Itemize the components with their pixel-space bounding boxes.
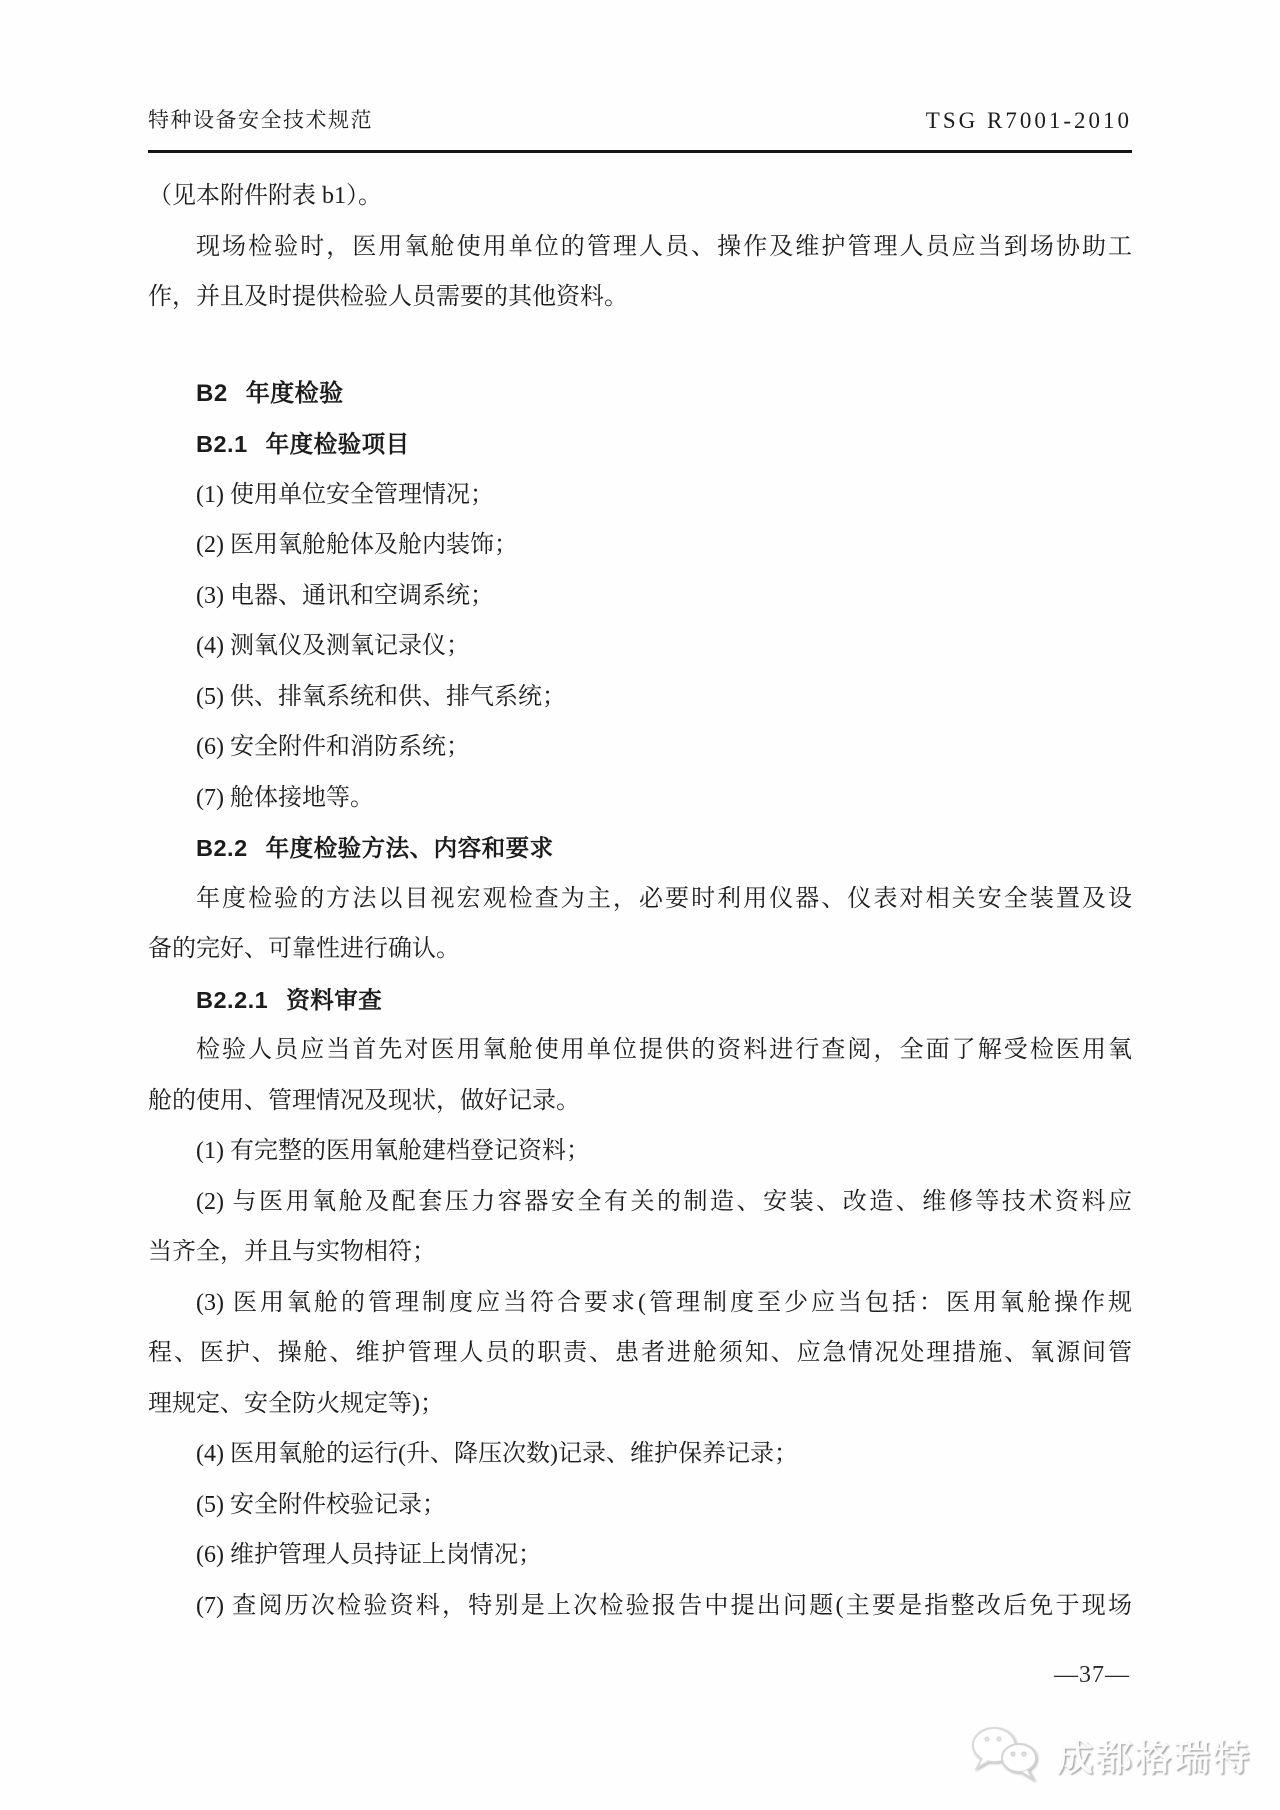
- text-line: (5) 安全附件校验记录；: [148, 1480, 1132, 1531]
- section-title: 年度检验方法、内容和要求: [266, 835, 554, 861]
- text-line: 当齐全，并且与实物相符；: [148, 1227, 1132, 1278]
- text-line: (5) 供、排氧系统和供、排气系统；: [148, 672, 1132, 723]
- text-line: 年度检验的方法以目视宏观检查为主，必要时利用仪器、仪表对相关安全装置及设: [148, 874, 1132, 925]
- text-line: 舱的使用、管理情况及现状，做好记录。: [148, 1076, 1132, 1127]
- section-heading: B2年度检验: [148, 369, 1132, 420]
- section-title: 年度检验项目: [266, 431, 410, 457]
- text-line: (4) 医用氧舱的运行(升、降压次数)记录、维护保养记录；: [148, 1429, 1132, 1480]
- text-line: (4) 测氧仪及测氧记录仪；: [148, 621, 1132, 672]
- text-line: 程、医护、操舱、维护管理人员的职责、患者进舱须知、应急情况处理措施、氧源间管: [148, 1328, 1132, 1379]
- section-number: B2: [196, 380, 228, 407]
- section-number: B2.2.1: [196, 987, 268, 1013]
- text-line: 检验人员应当首先对医用氧舱使用单位提供的资料进行查阅，全面了解受检医用氧: [148, 1025, 1132, 1076]
- text-line: (1) 使用单位安全管理情况；: [148, 470, 1132, 521]
- section-number: B2.2: [196, 835, 248, 861]
- section-heading: B2.2年度检验方法、内容和要求: [148, 823, 1132, 874]
- section-heading: B2.2.1资料审查: [148, 975, 1132, 1026]
- text-line: (7) 查阅历次检验资料，特别是上次检验报告中提出问题(主要是指整改后免于现场: [148, 1581, 1132, 1632]
- section-title: 资料审查: [286, 987, 382, 1013]
- document-category-title: 特种设备安全技术规范: [148, 104, 373, 134]
- text-line: (2) 与医用氧舱及配套压力容器安全有关的制造、安装、改造、维修等技术资料应: [148, 1177, 1132, 1228]
- section-heading: B2.1年度检验项目: [148, 419, 1132, 470]
- page-header: 特种设备安全技术规范 TSG R7001-2010: [148, 104, 1132, 134]
- text-line: (3) 电器、通讯和空调系统；: [148, 571, 1132, 622]
- watermark: 成都格瑞特: [969, 1724, 1252, 1787]
- wechat-icon: [969, 1724, 1043, 1787]
- document-body: （见本附件附表 b1）。现场检验时，医用氧舱使用单位的管理人员、操作及维护管理人…: [148, 171, 1132, 1631]
- watermark-text: 成都格瑞特: [1057, 1730, 1252, 1781]
- section-number: B2.1: [196, 431, 248, 457]
- text-line: (6) 维护管理人员持证上岗情况；: [148, 1530, 1132, 1581]
- text-line: （见本附件附表 b1）。: [148, 171, 1132, 222]
- document-code: TSG R7001-2010: [926, 108, 1132, 134]
- text-line: 现场检验时，医用氧舱使用单位的管理人员、操作及维护管理人员应当到场协助工: [148, 222, 1132, 273]
- section-title: 年度检验: [246, 380, 344, 407]
- header-divider: [148, 150, 1132, 153]
- text-line: (1) 有完整的医用氧舱建档登记资料；: [148, 1126, 1132, 1177]
- text-line: (6) 安全附件和消防系统；: [148, 722, 1132, 773]
- page-number: —37—: [1054, 1662, 1130, 1689]
- text-line: (3) 医用氧舱的管理制度应当符合要求(管理制度至少应当包括：医用氧舱操作规: [148, 1278, 1132, 1329]
- text-line: (2) 医用氧舱舱体及舱内装饰；: [148, 520, 1132, 571]
- text-line: 作，并且及时提供检验人员需要的其他资料。: [148, 272, 1132, 323]
- text-line: (7) 舱体接地等。: [148, 773, 1132, 824]
- text-line: 理规定、安全防火规定等)；: [148, 1379, 1132, 1430]
- text-line: 备的完好、可靠性进行确认。: [148, 924, 1132, 975]
